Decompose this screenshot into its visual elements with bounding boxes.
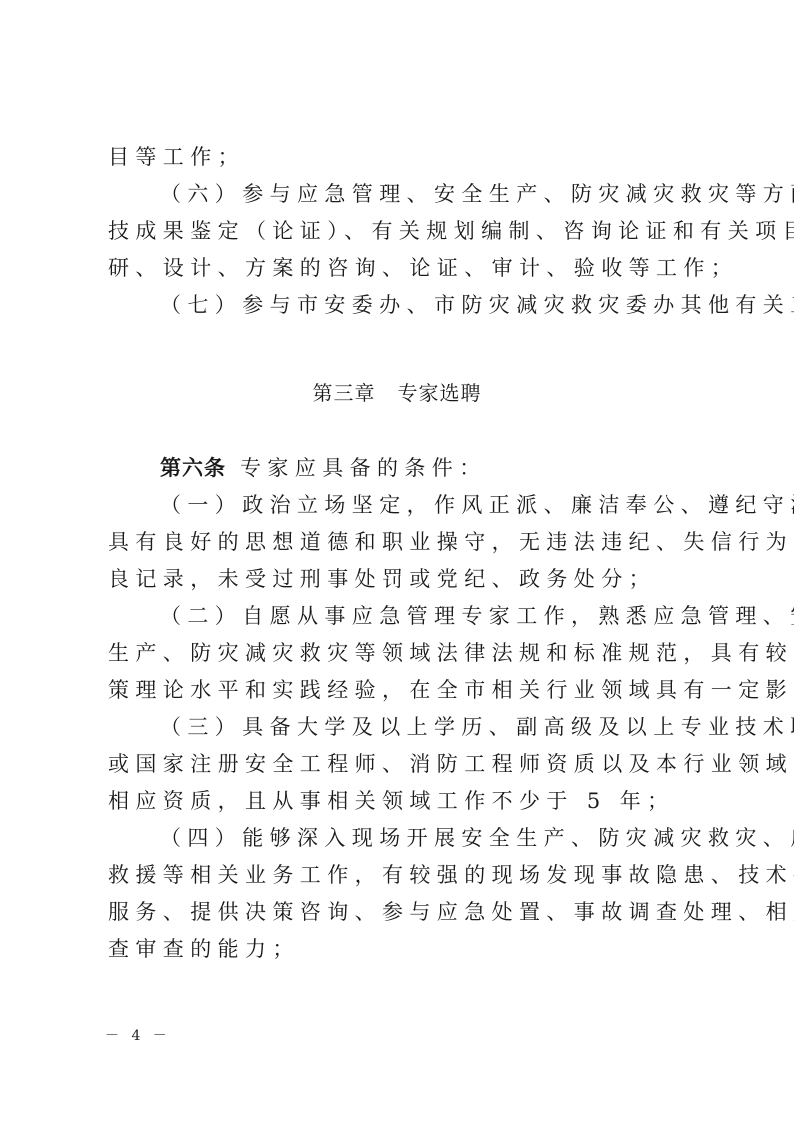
item-two-line-1: （二）自愿从事应急管理专家工作，熟悉应急管理、安全 xyxy=(160,602,688,630)
item-six-line-3: 研、设计、方案的咨询、论证、审计、验收等工作； xyxy=(108,254,688,282)
item-two-line-2: 生产、防灾减灾救灾等领域法律法规和标准规范，具有较高政 xyxy=(108,639,688,667)
chapter-title: 专家选聘 xyxy=(398,381,482,405)
item-seven-line-1: （七）参与市安委办、市防灾减灾救灾委办其他有关工作。 xyxy=(160,291,688,319)
item-six-line-1: （六）参与应急管理、安全生产、防灾减灾救灾等方面科 xyxy=(160,180,688,208)
chapter-heading: 第三章专家选聘 xyxy=(0,379,794,407)
item-one-line-1: （一）政治立场坚定，作风正派、廉洁奉公、遵纪守法， xyxy=(160,491,688,519)
page-number: － 4 － xyxy=(105,1025,171,1045)
article-label: 第六条 xyxy=(160,456,226,480)
item-one-line-3: 良记录，未受过刑事处罚或党纪、政务处分； xyxy=(108,565,688,593)
item-four-line-1: （四）能够深入现场开展安全生产、防灾减灾救灾、应急 xyxy=(160,824,688,852)
item-four-line-3: 服务、提供决策咨询、参与应急处置、事故调查处理、相关检 xyxy=(108,898,688,926)
article-text: 专家应具备的条件： xyxy=(240,456,487,480)
item-three-line-2: 或国家注册安全工程师、消防工程师资质以及本行业领域内的 xyxy=(108,750,688,778)
item-three-line-3: 相应资质，且从事相关领域工作不少于 5 年； xyxy=(108,787,688,815)
item-four-line-4: 查审查的能力； xyxy=(108,935,688,963)
paragraph-line: 目等工作； xyxy=(108,143,688,171)
item-six-line-2: 技成果鉴定（论证）、有关规划编制、咨询论证和有关项目科 xyxy=(108,217,688,245)
item-three-line-1: （三）具备大学及以上学历、副高级及以上专业技术职称， xyxy=(160,713,688,741)
document-page: 目等工作； （六）参与应急管理、安全生产、防灾减灾救灾等方面科 技成果鉴定（论证… xyxy=(0,0,794,1123)
item-two-line-3: 策理论水平和实践经验，在全市相关行业领域具有一定影响力； xyxy=(108,676,688,704)
item-one-line-2: 具有良好的思想道德和职业操守，无违法违纪、失信行为等不 xyxy=(108,528,688,556)
chapter-number: 第三章 xyxy=(313,381,376,405)
item-four-line-2: 救援等相关业务工作，有较强的现场发现事故隐患、技术指导 xyxy=(108,861,688,889)
article-six: 第六条专家应具备的条件： xyxy=(160,454,688,482)
